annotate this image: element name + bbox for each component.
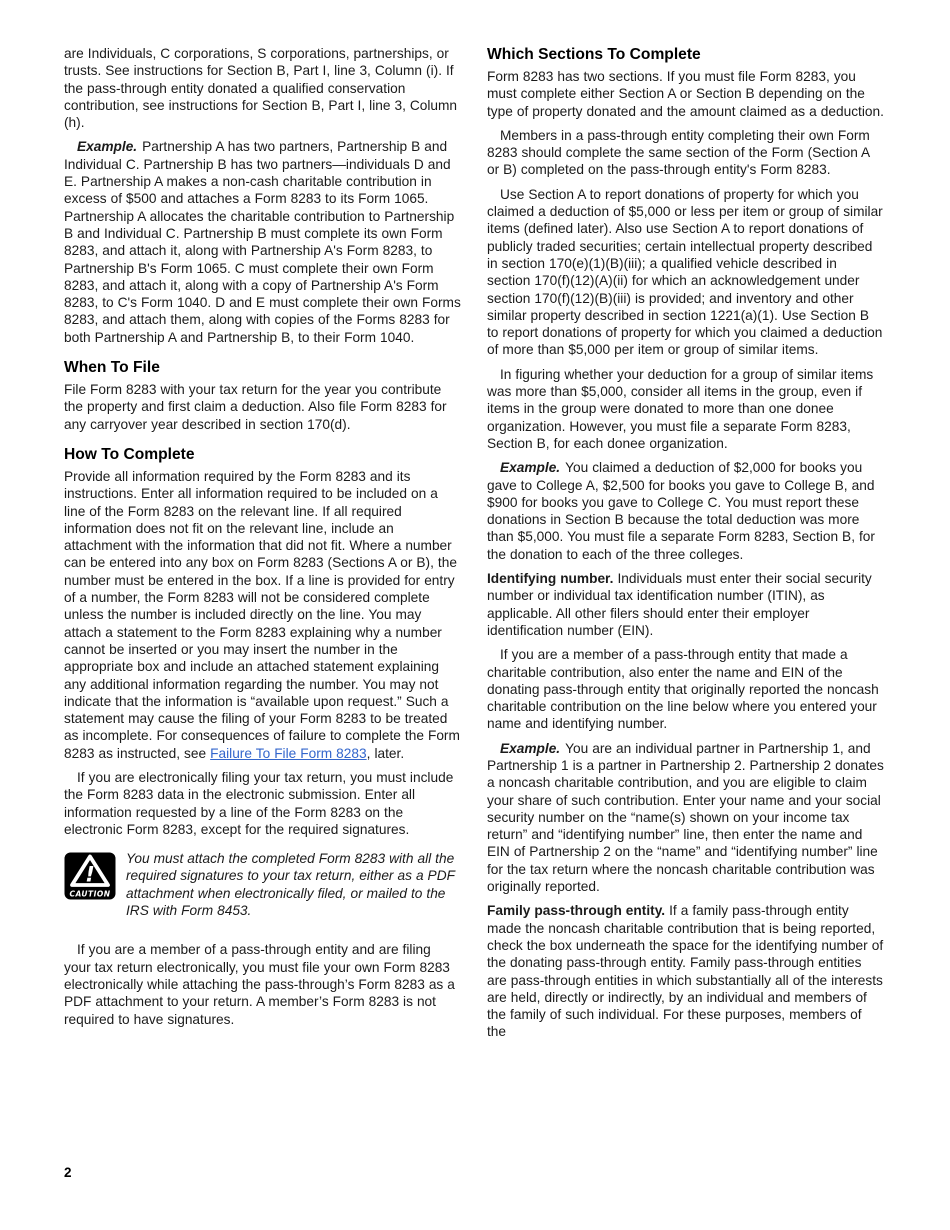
lead-identifying-number: Identifying number.Individuals must ente… bbox=[487, 570, 884, 639]
text-run: are Individuals, C corporations, S corpo… bbox=[64, 46, 457, 130]
para-how-to-complete: Provide all information required by the … bbox=[64, 468, 461, 762]
text-run: If a family pass-through entity made the… bbox=[487, 903, 883, 1039]
text-run: Use Section A to report donations of pro… bbox=[487, 187, 883, 358]
text-run: You are an individual partner in Partner… bbox=[487, 741, 884, 894]
text-run: Example. bbox=[500, 741, 560, 756]
text-run: You claimed a deduction of $2,000 for bo… bbox=[487, 460, 875, 561]
text-run: Identifying number. bbox=[487, 571, 613, 586]
text-run: Example. bbox=[77, 139, 137, 154]
heading-how-to-complete: How To Complete bbox=[64, 445, 461, 464]
text-run: When To File bbox=[64, 359, 160, 376]
para-when-to-file: File Form 8283 with your tax return for … bbox=[64, 381, 461, 433]
para-member-efile: If you are a member of a pass-through en… bbox=[64, 941, 461, 1027]
para-figuring-group-deduction: In figuring whether your deduction for a… bbox=[487, 366, 884, 452]
para-passthrough-name-ein: If you are a member of a pass-through en… bbox=[487, 646, 884, 732]
heading-which-sections-to-complete: Which Sections To Complete bbox=[487, 45, 884, 64]
column-right: Which Sections To CompleteForm 8283 has … bbox=[487, 45, 884, 1048]
para-donors-continuation: are Individuals, C corporations, S corpo… bbox=[64, 45, 461, 131]
svg-text:CAUTION: CAUTION bbox=[69, 890, 110, 899]
text-run: Partnership A has two partners, Partners… bbox=[64, 139, 461, 344]
caution-icon: ! CAUTION bbox=[64, 852, 116, 900]
text-run: Which Sections To Complete bbox=[487, 46, 701, 63]
heading-when-to-file: When To File bbox=[64, 358, 461, 377]
text-run: File Form 8283 with your tax return for … bbox=[64, 382, 447, 432]
text-run: Example. bbox=[500, 460, 560, 475]
svg-text:!: ! bbox=[85, 863, 95, 887]
text-run: If you are a member of a pass-through en… bbox=[64, 942, 455, 1026]
para-use-section-a: Use Section A to report donations of pro… bbox=[487, 186, 884, 359]
text-run: You must attach the completed Form 8283 … bbox=[126, 851, 455, 918]
text-run: Members in a pass-through entity complet… bbox=[487, 128, 870, 178]
column-left: are Individuals, C corporations, S corpo… bbox=[64, 45, 461, 1035]
text-run: , later. bbox=[367, 746, 404, 761]
example-partnership-1-2: Example.You are an individual partner in… bbox=[487, 740, 884, 896]
para-efile-data: If you are electronically filing your ta… bbox=[64, 769, 461, 838]
caution-attach-signed-form: ! CAUTION You must attach the completed … bbox=[64, 850, 461, 919]
text-run: If you are a member of a pass-through en… bbox=[487, 647, 879, 731]
example-partnership-allocation: Example.Partnership A has two partners, … bbox=[64, 138, 461, 346]
text-run: Family pass-through entity. bbox=[487, 903, 665, 918]
page-number: 2 bbox=[64, 1165, 72, 1180]
para-two-sections: Form 8283 has two sections. If you must … bbox=[487, 68, 884, 120]
example-three-colleges: Example.You claimed a deduction of $2,00… bbox=[487, 459, 884, 563]
text-run: If you are electronically filing your ta… bbox=[64, 770, 453, 837]
lead-family-passthrough-entity: Family pass-through entity.If a family p… bbox=[487, 902, 884, 1040]
text-run: In figuring whether your deduction for a… bbox=[487, 367, 873, 451]
document-page: are Individuals, C corporations, S corpo… bbox=[0, 0, 950, 1230]
para-members-same-section: Members in a pass-through entity complet… bbox=[487, 127, 884, 179]
text-run: How To Complete bbox=[64, 446, 195, 463]
text-run: Form 8283 has two sections. If you must … bbox=[487, 69, 884, 119]
text-run: Provide all information required by the … bbox=[64, 469, 460, 761]
failure-to-file-link[interactable]: Failure To File Form 8283 bbox=[210, 746, 367, 761]
